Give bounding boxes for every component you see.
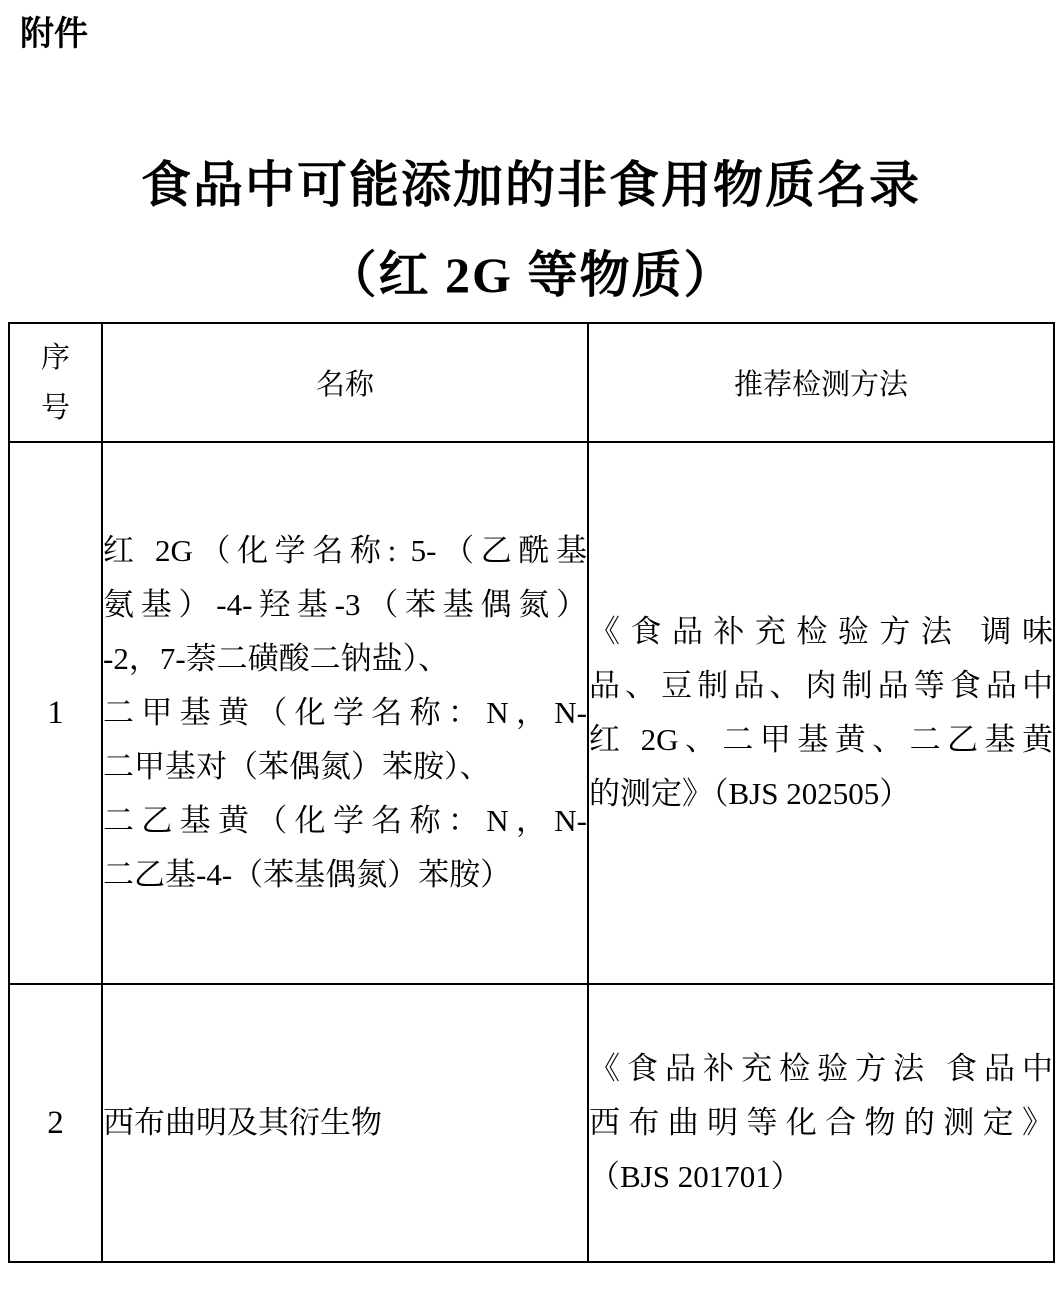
document-title-line-2: （红 2G 等物质）: [0, 230, 1062, 320]
method-line: （BJS 201701）: [589, 1150, 1053, 1204]
row1-method-cell: 《食品补充检验方法 调味 品、豆制品、肉制品等食品中 红 2G、二甲基黄、二乙基…: [588, 442, 1054, 984]
header-no: 序 号: [9, 323, 102, 442]
header-no-line-2: 号: [10, 383, 101, 433]
header-method: 推荐检测方法: [588, 323, 1054, 442]
document-title: 食品中可能添加的非食用物质名录 （红 2G 等物质）: [0, 140, 1062, 320]
row2-method-cell: 《食品补充检验方法 食品中 西布曲明等化合物的测定》 （BJS 201701）: [588, 984, 1054, 1262]
method-line: 西布曲明等化合物的测定》: [589, 1096, 1053, 1150]
row2-number: 2: [9, 984, 102, 1262]
document-page: { "page": { "attachment_label": "附件", "t…: [0, 0, 1062, 1289]
name-line: 西布曲明及其衍生物: [103, 1096, 587, 1150]
substances-table: 序 号 名称 推荐检测方法 1 红 2G（化学名称: 5-（乙酰基 氨基）-4-…: [8, 322, 1055, 1263]
header-no-line-1: 序: [10, 333, 101, 383]
name-line: 红 2G（化学名称: 5-（乙酰基: [103, 524, 587, 578]
table-header-row: 序 号 名称 推荐检测方法: [9, 323, 1054, 442]
row1-name-cell: 红 2G（化学名称: 5-（乙酰基 氨基）-4-羟基-3（苯基偶氮） -2，7-…: [102, 442, 588, 984]
name-line: 二乙基-4-（苯基偶氮）苯胺）: [103, 848, 587, 902]
name-line: 二乙基黄（化学名称：N，N-: [103, 794, 587, 848]
table-row: 2 西布曲明及其衍生物 《食品补充检验方法 食品中 西布曲明等化合物的测定》 （…: [9, 984, 1054, 1262]
method-line: 品、豆制品、肉制品等食品中: [589, 659, 1053, 713]
name-line: 二甲基对（苯偶氮）苯胺）、: [103, 740, 587, 794]
method-line: 的测定》（BJS 202505）: [589, 767, 1053, 821]
method-line: 《食品补充检验方法 食品中: [589, 1042, 1053, 1096]
name-line: 氨基）-4-羟基-3（苯基偶氮）: [103, 578, 587, 632]
attachment-label: 附件: [20, 12, 1062, 56]
method-line: 红 2G、二甲基黄、二乙基黄: [589, 713, 1053, 767]
name-line: 二甲基黄（化学名称：N，N-: [103, 686, 587, 740]
name-line: -2，7-萘二磺酸二钠盐）、: [103, 632, 587, 686]
row2-name-cell: 西布曲明及其衍生物: [102, 984, 588, 1262]
document-title-line-1: 食品中可能添加的非食用物质名录: [0, 140, 1062, 230]
header-name: 名称: [102, 323, 588, 442]
method-line: 《食品补充检验方法 调味: [589, 605, 1053, 659]
row1-number: 1: [9, 442, 102, 984]
table-row: 1 红 2G（化学名称: 5-（乙酰基 氨基）-4-羟基-3（苯基偶氮） -2，…: [9, 442, 1054, 984]
